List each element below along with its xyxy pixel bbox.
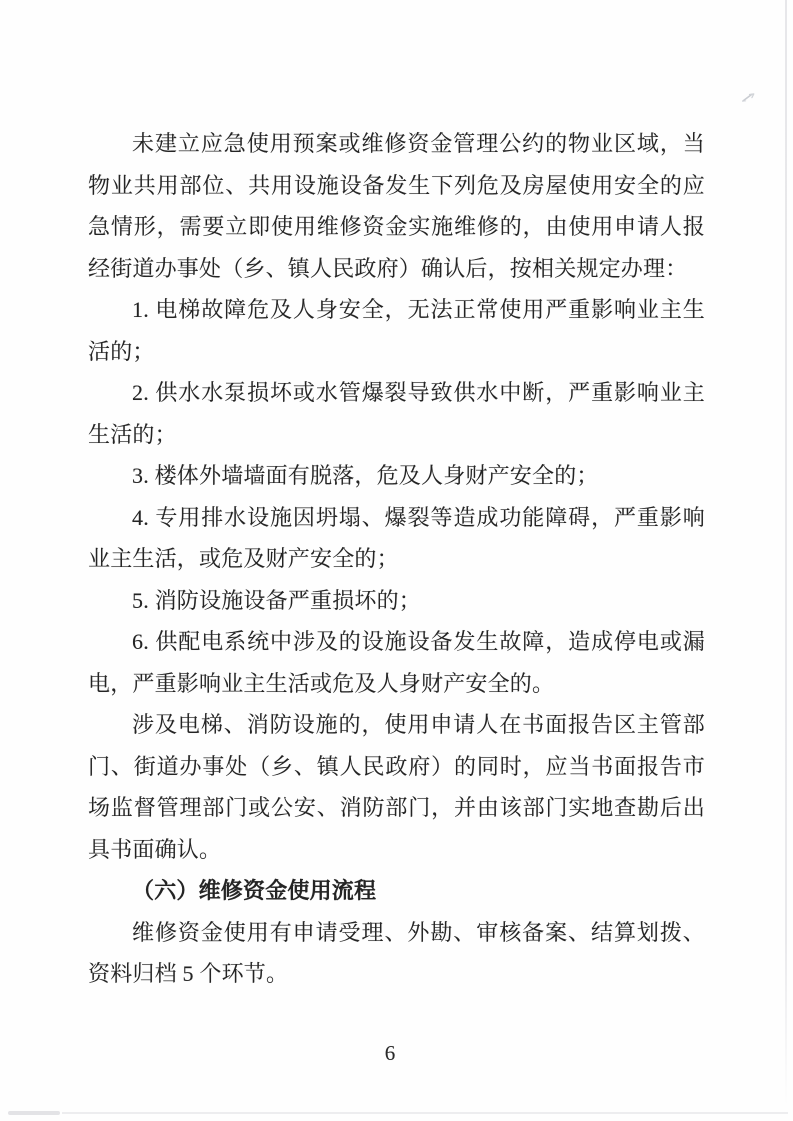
scan-edge-right [785, 0, 787, 1108]
document-page: 未建立应急使用预案或维修资金管理公约的物业区域，当物业共用部位、共用设施设备发生… [0, 0, 793, 1121]
list-item-2: 2. 供水水泵损坏或水管爆裂导致供水中断，严重影响业主生活的； [88, 372, 705, 455]
list-item-4: 4. 专用排水设施因坍塌、爆裂等造成功能障碍，严重影响业主生活，或危及财产安全的… [88, 497, 705, 580]
page-footer: 6 [0, 1040, 780, 1066]
document-body: 未建立应急使用预案或维修资金管理公约的物业区域，当物业共用部位、共用设施设备发生… [88, 123, 705, 995]
list-item-6: 6. 供配电系统中涉及的设施设备发生故障，造成停电或漏电，严重影响业主生活或危及… [88, 621, 705, 704]
scan-edge-bottom [62, 1112, 788, 1114]
list-item-5: 5. 消防设施设备严重损坏的； [88, 580, 705, 622]
paragraph-process: 维修资金使用有申请受理、外勘、审核备案、结算划拨、资料归档 5 个环节。 [88, 912, 705, 995]
scan-smudge-icon [738, 86, 759, 107]
list-item-1: 1. 电梯故障危及人身安全，无法正常使用严重影响业主生活的； [88, 289, 705, 372]
section-heading: （六）维修资金使用流程 [88, 870, 705, 912]
paragraph-intro: 未建立应急使用预案或维修资金管理公约的物业区域，当物业共用部位、共用设施设备发生… [88, 123, 705, 289]
paragraph-report: 涉及电梯、消防设施的，使用申请人在书面报告区主管部门、街道办事处（乡、镇人民政府… [88, 704, 705, 870]
list-item-3: 3. 楼体外墙墙面有脱落，危及人身财产安全的； [88, 455, 705, 497]
page-number: 6 [385, 1041, 396, 1065]
